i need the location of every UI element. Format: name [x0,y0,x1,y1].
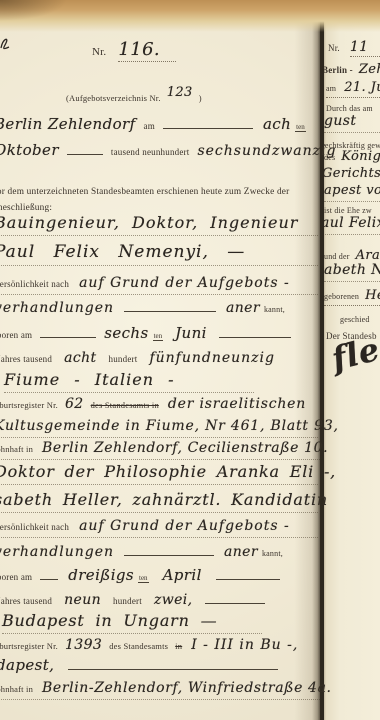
side-court-line: des Königli [324,147,380,165]
register-number: 62 [65,396,84,412]
handwritten-text: auf Grund der Aufgebots - [79,275,290,291]
handwritten-text: acht [64,350,96,366]
record-number-label: Nr. [328,43,340,53]
am-label: am [144,121,155,131]
handwritten-text: abeth N [324,262,380,278]
blank-line [216,570,280,580]
main-page: Nr. 116. (Aufgebotsverzeichnis Nr. 123 )… [0,0,320,720]
adjacent-page: Nr. 11 Berlin - Zehle am 21. Ju Durch da… [324,0,380,720]
scanned-register-document: Nr. 116. (Aufgebotsverzeichnis Nr. 123 )… [0,0,380,720]
handwritten-text: verhandlungen [0,300,114,316]
page-top-edge [0,0,380,32]
bride-identity-line-2: verhandlungen aner kannt, [0,543,283,561]
handwritten-text: Doktor der Philosophie Aranka Eli -, [0,462,336,481]
printed-text: hundert [113,596,142,606]
handwritten-text: der israelitischen [168,396,306,412]
handwritten-text: I - III in Bu -, [191,637,298,653]
handwritten-text: Kultusgemeinde in Fiume, Nr 461, Blatt 9… [0,418,339,434]
pen-mark-icon [0,34,12,52]
handwritten-text: Berlin Zehlendorf, Cecilienstraße 10. [42,440,328,456]
blank-line [40,328,96,338]
groom-birthyear-line: des Jahres tausend acht hundert fünfundn… [0,349,275,367]
bride-birthyear-line: des Jahres tausend neun hundert zwei, [0,591,265,609]
bride-occupation-line: Doktor der Philosophie Aranka Eli -, [0,463,318,485]
blank-line [68,660,278,670]
printed-text: der Persönlichkeit nach [0,522,69,532]
side-bride-name-line: abeth N [324,261,380,282]
printed-text: des Jahres tausend [0,354,52,364]
printed-text: geborenen [324,292,359,301]
handwritten-text: Gerichtshofes [324,166,380,181]
bride-birthregister-line: (Geburtsregister Nr. 1393 des Standesamt… [0,636,298,654]
blank-line [40,570,58,580]
groom-occupation-line: Bauingenieur, Doktor, Ingenieur [0,214,318,236]
side-month-entry-line: gust [324,112,380,133]
printed-text: geboren am [0,572,32,582]
registrar-signature: fle [328,331,380,378]
printed-text: der Persönlichkeit nach [0,279,69,289]
banns-label: (Aufgebotsverzeichnis Nr. [66,93,161,103]
bride-birthdate-line: geboren am dreißigs ten April [0,567,280,585]
side-groom-name-line: aul Felix N [324,214,380,235]
month-entry: April [163,566,202,584]
printed-text: hundert [109,354,138,364]
groom-birthregister-line-2: Kultusgemeinde in Fiume, Nr 461, Blatt 9… [0,417,318,438]
bride-birthregister-line-2: dapest, [0,657,278,675]
groom-residence-line: wohnhaft in Berlin Zehlendorf, Ceciliens… [0,439,320,460]
bride-birthplace-line: Budapest in Ungarn — [2,612,262,634]
printed-text: kannt, [262,549,283,558]
day-entry: dreißigs [68,566,134,584]
groom-birthregister-line: (Geburtsregister Nr. 62 des Standesamts … [0,395,306,413]
printed-text: und der [324,252,350,261]
blank-line [124,302,216,312]
groom-birthdate-line: geboren am sechs ten Juni [0,325,291,343]
register-number: 1393 [65,637,102,653]
banns-number-value: 123 [167,85,193,100]
handwritten-text: aner [226,300,260,316]
printed-text: am [326,84,336,93]
printed-text: vor dem unterzeichneten Standesbeamten e… [0,187,289,197]
handwritten-text: aner [224,544,258,560]
side-date-line: am 21. Ju [326,78,380,98]
handwritten-text: Bauingenieur, Doktor, Ingenieur [0,213,298,232]
record-number-value: 116. [118,39,176,62]
groom-birthplace-line: Fiume - Italien - [4,371,254,393]
handwritten-text: Budapest in Ungarn — [2,611,217,630]
place-date-line: Berlin Zehlendorf am ach ten [0,116,306,134]
groom-name-line: Paul Felix Nemenyi, — [0,243,318,266]
banns-register-line: (Aufgebotsverzeichnis Nr. 123 ) [66,88,202,106]
bride-name-line: sabeth Heller, zahnärztl. Kandidatin [0,491,318,513]
handwritten-text: Paul Felix Nemenyi, — [0,242,245,262]
handwritten-text: zwei, [154,592,193,608]
month-entry: Juni [175,324,207,342]
side-signature: fle [332,336,379,373]
printed-text: wohnhaft in [0,684,33,694]
ten-suffix: ten [153,332,164,341]
handwritten-text: fünfundneunzig [149,350,275,366]
blank-line [205,594,265,604]
printed-text: Eheschließung: [0,203,52,213]
record-number-value: 11 [350,39,380,57]
day-entry: ach [263,115,291,133]
place-entry: Berlin Zehlendorf [0,115,136,133]
bride-identity-line: der Persönlichkeit nach auf Grund der Au… [0,517,318,538]
side-divorced-line: geschied [340,309,370,327]
bride-residence-line: wohnhaft in Berlin-Zehlendorf, Winfrieds… [0,679,320,700]
side-place-line: Berlin - Zehle [324,60,380,78]
printed-text: geboren am [0,330,32,340]
side-maiden-name-line: geborenen Hel [324,286,380,306]
printed-text: des Standesamts [109,641,168,651]
blank-line [219,328,291,338]
handwritten-text: auf Grund der Aufgebots - [79,518,290,534]
handwritten-text: 21. Ju [344,80,380,95]
book-spine-shadow [312,0,326,720]
handwritten-text: neun [64,592,101,608]
handwritten-text: aul Felix N [324,215,380,231]
handwritten-text: Zehle [359,62,380,77]
year-printed: tausend neunhundert [111,147,190,157]
printed-text: wohnhaft in [0,444,33,454]
ten-suffix: ten [138,574,149,583]
month-year-line: Oktober tausend neunhundert sechsundzwan… [0,142,336,160]
day-entry: sechs [104,324,148,342]
blank-line [124,546,214,556]
month-entry: Oktober [0,141,59,159]
printed-text: Berlin - [324,65,353,75]
ten-suffix: ten [295,123,306,132]
banns-label-close: ) [199,93,202,103]
handwritten-text: Berlin-Zehlendorf, Winfriedstraße 4a. [42,680,332,696]
handwritten-text: apest vom [324,183,380,198]
handwritten-text: sabeth Heller, zahnärztl. Kandidatin [0,490,328,509]
printed-text: des Jahres tausend [0,596,52,606]
blank-line [67,145,103,155]
blank-line [163,119,253,129]
handwritten-text: Fiume - Italien - [4,370,175,389]
printed-text: (Geburtsregister Nr. [0,641,58,651]
printed-text: geschied [340,315,370,324]
handwritten-text: gust [324,113,356,129]
groom-identity-line: der Persönlichkeit nach auf Grund der Au… [0,274,318,295]
record-number-line: Nr. 116. [92,40,176,61]
handwritten-text: verhandlungen [0,544,114,560]
groom-identity-line-2: verhandlungen aner kannt, [0,299,285,317]
handwritten-text: Hel [365,288,380,303]
handwritten-text: Königli [341,149,380,164]
side-court-line-2: Gerichtshofes [324,164,380,182]
record-number-label: Nr. [92,46,106,58]
side-record-number-line: Nr. 11 [328,38,380,56]
handwritten-text: dapest, [0,656,54,674]
printed-text: (Geburtsregister Nr. [0,400,58,410]
struck-printed-text: des Standesamts in [91,400,159,410]
printed-text: kannt, [264,305,285,314]
struck-printed-text: in [175,641,182,651]
